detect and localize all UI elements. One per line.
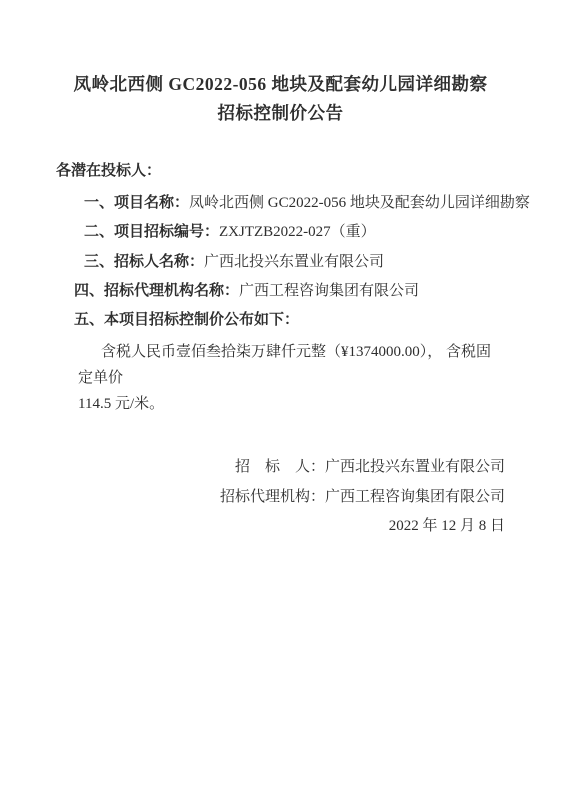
signature-block: 招 标 人：广西北投兴东置业有限公司 招标代理机构：广西工程咨询集团有限公司 2… [56,453,505,542]
date-line: 2022 年 12 月 8 日 [56,512,505,542]
item-agency-name-value: 广西工程咨询集团有限公司 [239,283,419,299]
item-tender-number: 二、项目招标编号：ZXJTZB2022-027（重） [56,218,505,247]
items-list: 一、项目名称：凤岭北西侧 GC2022-056 地块及配套幼儿园详细勘察 二、项… [56,189,505,335]
document-page: 凤岭北西侧 GC2022-056 地块及配套幼儿园详细勘察 招标控制价公告 各潜… [0,0,565,800]
item-control-price-heading: 五、本项目招标控制价公布如下： [56,306,505,335]
item-control-price-heading-label: 五、本项目招标控制价公布如下： [74,312,299,328]
item-tenderer-name-label: 三、招标人名称： [84,254,204,270]
item-tender-number-label: 二、项目招标编号： [84,224,219,240]
bidder-line: 招 标 人：广西北投兴东置业有限公司 [56,453,505,483]
item-project-name-value: 凤岭北西侧 GC2022-056 地块及配套幼儿园详细勘察 [189,195,530,211]
agency-label: 招标代理机构： [220,489,325,505]
bidder-value: 广西北投兴东置业有限公司 [325,459,505,475]
price-line-1: 含税人民币壹佰叁拾柒万肆仟元整（¥1374000.00）， 含税固定单价 [78,339,505,391]
salutation: 各潜在投标人： [56,157,505,186]
bidder-label: 招 标 人： [235,459,325,475]
item-tenderer-name: 三、招标人名称：广西北投兴东置业有限公司 [56,248,505,277]
document-title: 凤岭北西侧 GC2022-056 地块及配套幼儿园详细勘察 招标控制价公告 [56,70,505,128]
title-line-1: 凤岭北西侧 GC2022-056 地块及配套幼儿园详细勘察 [56,70,505,99]
price-paragraph: 含税人民币壹佰叁拾柒万肆仟元整（¥1374000.00）， 含税固定单价 114… [56,339,505,417]
price-line-2: 114.5 元/米。 [78,391,505,417]
item-tenderer-name-value: 广西北投兴东置业有限公司 [204,254,384,270]
agency-line: 招标代理机构：广西工程咨询集团有限公司 [56,483,505,513]
item-agency-name-label: 四、招标代理机构名称： [74,283,239,299]
title-line-2: 招标控制价公告 [56,99,505,128]
item-project-name: 一、项目名称：凤岭北西侧 GC2022-056 地块及配套幼儿园详细勘察 [56,189,505,218]
item-agency-name: 四、招标代理机构名称：广西工程咨询集团有限公司 [56,277,505,306]
item-project-name-label: 一、项目名称： [84,195,189,211]
item-tender-number-value: ZXJTZB2022-027（重） [219,224,376,240]
agency-value: 广西工程咨询集团有限公司 [325,489,505,505]
